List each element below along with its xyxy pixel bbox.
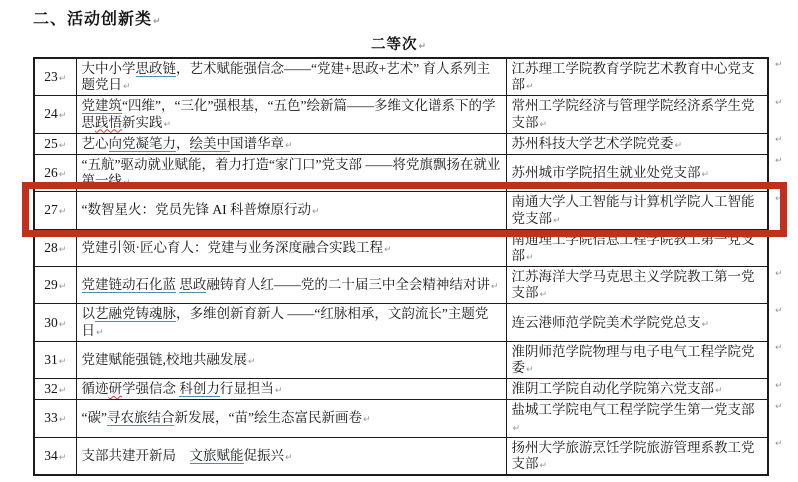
- section-title-text: 二、活动创新类: [33, 11, 152, 28]
- return-mark-icon: ↵: [418, 42, 427, 52]
- project-title-segment: 支部共建开新局: [82, 448, 190, 463]
- project-title-segment: 科创力: [179, 381, 220, 397]
- entry-number-cell: 34↵: [34, 437, 76, 475]
- project-title-segment: 艺心: [82, 136, 109, 151]
- row-end-mark-icon: ↵: [775, 269, 783, 279]
- organization-name: 江苏理工学院教育学院艺术教育中心党支部: [512, 61, 755, 92]
- project-title-segment: 党建引领·匠心育人：党建与业务深度融合实践工程: [82, 240, 384, 255]
- organization-cell: 南通大学人工智能与计算机学院人工智能党支部↵: [506, 192, 768, 229]
- award-table: 23↵大中小学思政链，艺术赋能强信念——“党建+思政+艺术” 育人系列主题党日↵…: [33, 57, 769, 476]
- entry-number: 24: [44, 106, 58, 121]
- organization-cell: 淮阴工学院自动化学院第六党支部↵: [506, 379, 768, 400]
- project-title-segment: 文旅赋能: [190, 448, 244, 464]
- table-row: 29↵党建链动石化蓝 思政融铸育人红——党的二十届三中全会精神结对讲↵江苏海洋大…: [34, 267, 768, 304]
- project-title-segment: 党建筑: [82, 98, 123, 114]
- project-title-cell: 党建引领·匠心育人：党建与业务深度融合实践工程↵: [76, 229, 506, 266]
- return-mark-icon: ↵: [59, 320, 67, 330]
- table-row: 28↵党建引领·匠心育人：党建与业务深度融合实践工程↵南通理工学院信息工程学院教…: [34, 229, 768, 266]
- organization-name: 扬州大学旅游烹饪学院旅游管理系教工党支部: [512, 440, 755, 471]
- project-title-segment: “数智星火：党员先锋 AI 科普燎原行动: [82, 202, 312, 217]
- project-title-segment: 践悟: [95, 115, 122, 130]
- return-mark-icon: ↵: [526, 253, 534, 263]
- entry-number: 26: [44, 165, 58, 180]
- project-title-segment: 绘美中: [190, 136, 231, 152]
- table-row: 27↵“数智星火：党员先锋 AI 科普燎原行动↵南通大学人工智能与计算机学院人工…: [34, 192, 768, 229]
- entry-number-cell: 26↵: [34, 154, 76, 191]
- entry-number: 28: [44, 240, 58, 255]
- project-title-segment: 循迹: [82, 381, 109, 396]
- entry-number-cell: 24↵: [34, 96, 76, 133]
- project-title-segment: 党建链动石化蓝: [82, 277, 177, 293]
- row-end-mark-icon: ↵: [775, 439, 783, 449]
- organization-name: 南通理工学院信息工程学院教工第一党支部: [512, 232, 755, 263]
- return-mark-icon: ↵: [59, 282, 67, 292]
- project-title-cell: 党建筑“四维”，“三化”强根基，“五色”绘新篇——多维文化谱系下的学思践悟新实践…: [76, 96, 506, 133]
- table-row: 31↵党建赋能强链,校地共融发展↵淮阴师范学院物理与电子电气工程学院党委↵: [34, 341, 768, 378]
- organization-name: 淮阴师范学院物理与电子电气工程学院党委: [512, 344, 755, 375]
- entry-number: 31: [44, 352, 58, 367]
- return-mark-icon: ↵: [702, 170, 710, 180]
- document-page: 二、活动创新类↵ 二等次↵ 23↵大中小学思政链，艺术赋能强信念——“党建+思政…: [0, 0, 798, 482]
- project-title-segment: 学强信念: [122, 381, 179, 396]
- entry-number: 32: [44, 381, 58, 396]
- project-title-segment: ，: [176, 136, 190, 151]
- entry-number-cell: 32↵: [34, 379, 76, 400]
- table-row: 25↵艺心向党凝笔力，绘美中国谱华章↵苏州科技大学艺术学院党委↵: [34, 133, 768, 154]
- entry-number-cell: 23↵: [34, 58, 76, 96]
- organization-cell: 苏州科技大学艺术学院党委↵: [506, 133, 768, 154]
- entry-number-cell: 25↵: [34, 133, 76, 154]
- project-title-cell: 循迹研学强信念 科创力行显担当↵: [76, 379, 506, 400]
- organization-cell: 江苏海洋大学马克思主义学院教工第一党支部↵: [506, 267, 768, 304]
- organization-cell: 江苏理工学院教育学院艺术教育中心党支部↵: [506, 58, 768, 96]
- organization-name: 盐城工学院电气工程学院学生第一党支部: [512, 402, 755, 417]
- entry-number: 34: [44, 448, 58, 463]
- return-mark-icon: ↵: [715, 386, 723, 396]
- table-row: 24↵党建筑“四维”，“三化”强根基，“五色”绘新篇——多维文化谱系下的学思践悟…: [34, 96, 768, 133]
- return-mark-icon: ↵: [526, 82, 534, 92]
- project-title-cell: 大中小学思政链，艺术赋能强信念——“党建+思政+艺术” 育人系列主题党日↵: [76, 58, 506, 96]
- return-mark-icon: ↵: [702, 320, 710, 330]
- entry-number-cell: 31↵: [34, 341, 76, 378]
- entry-number: 29: [44, 277, 58, 292]
- project-title-cell: 艺心向党凝笔力，绘美中国谱华章↵: [76, 133, 506, 154]
- project-title-segment: 思政: [179, 277, 206, 293]
- project-title-segment: 寻农旅结合: [107, 410, 175, 426]
- organization-cell: 淮阴师范学院物理与电子电气工程学院党委↵: [506, 341, 768, 378]
- row-end-mark-icon: ↵: [775, 231, 783, 241]
- return-mark-icon: ↵: [59, 141, 67, 151]
- table-row: 30↵以艺融党铸魂脉，多维创新育新人 ——“红脉相承，文韵流长”主题党日↵连云港…: [34, 304, 768, 341]
- entry-number: 30: [44, 315, 58, 330]
- project-title-cell: 党建赋能强链,校地共融发展↵: [76, 341, 506, 378]
- return-mark-icon: ↵: [526, 365, 534, 375]
- return-mark-icon: ↵: [553, 216, 561, 226]
- organization-cell: 苏州城市学院招生就业处党支部↵: [506, 154, 768, 191]
- entry-number-cell: 27↵: [34, 192, 76, 229]
- organization-name: 常州工学院经济与管理学院经济系学生党支部: [512, 98, 755, 129]
- project-title-cell: “五航”驱动就业赋能，着力打造“家门口”党支部 ——将党旗飘扬在就业第一线↵: [76, 154, 506, 191]
- return-mark-icon: ↵: [312, 207, 320, 217]
- row-end-mark-icon: ↵: [775, 60, 783, 70]
- entry-number-cell: 33↵: [34, 400, 76, 437]
- project-title-segment: 研: [109, 381, 123, 396]
- organization-cell: 扬州大学旅游烹饪学院旅游管理系教工党支部↵: [506, 437, 768, 475]
- row-end-mark-icon: ↵: [775, 381, 783, 391]
- organization-name: 苏州城市学院招生就业处党支部: [512, 165, 701, 180]
- return-mark-icon: ↵: [59, 453, 67, 463]
- table-row: 33↵“碳”寻农旅结合新发展，“苗”绘生态富民新画卷↵盐城工学院电气工程学院学生…: [34, 400, 768, 437]
- row-end-mark-icon: ↵: [775, 306, 783, 316]
- row-end-mark-icon: ↵: [775, 194, 783, 204]
- organization-name: 江苏海洋大学马克思主义学院教工第一党支部: [512, 269, 755, 300]
- return-mark-icon: ↵: [123, 178, 131, 188]
- return-mark-icon: ↵: [285, 141, 293, 151]
- table-row: 26↵“五航”驱动就业赋能，着力打造“家门口”党支部 ——将党旗飘扬在就业第一线…: [34, 154, 768, 191]
- organization-name: 南通大学人工智能与计算机学院人工智能党支部: [512, 194, 755, 225]
- return-mark-icon: ↵: [248, 357, 256, 367]
- table-row: 23↵大中小学思政链，艺术赋能强信念——“党建+思政+艺术” 育人系列主题党日↵…: [34, 58, 768, 96]
- return-mark-icon: ↵: [285, 453, 293, 463]
- project-title-segment: 以: [82, 306, 96, 321]
- project-title-segment: 大中小学: [82, 61, 136, 76]
- section-title: 二、活动创新类↵: [33, 6, 162, 29]
- return-mark-icon: ↵: [540, 120, 548, 130]
- return-mark-icon: ↵: [513, 424, 521, 434]
- entry-number-cell: 30↵: [34, 304, 76, 341]
- return-mark-icon: ↵: [59, 415, 67, 425]
- row-end-mark-icon: ↵: [775, 402, 783, 412]
- project-title-segment: 新实践: [122, 115, 163, 130]
- organization-cell: 盐城工学院电气工程学院学生第一党支部↵: [506, 400, 768, 437]
- project-title-segment: 思政链: [136, 61, 177, 77]
- organization-cell: 常州工学院经济与管理学院经济系学生党支部↵: [506, 96, 768, 133]
- return-mark-icon: ↵: [96, 328, 104, 338]
- return-mark-icon: ↵: [59, 357, 67, 367]
- entry-number-cell: 28↵: [34, 229, 76, 266]
- return-mark-icon: ↵: [153, 17, 162, 27]
- return-mark-icon: ↵: [59, 207, 67, 217]
- project-title-cell: 以艺融党铸魂脉，多维创新育新人 ——“红脉相承，文韵流长”主题党日↵: [76, 304, 506, 341]
- project-title-segment: 行显担当: [220, 381, 274, 396]
- return-mark-icon: ↵: [540, 290, 548, 300]
- organization-cell: 南通理工学院信息工程学院教工第一党支部↵: [506, 229, 768, 266]
- entry-number: 25: [44, 136, 58, 151]
- return-mark-icon: ↵: [123, 82, 131, 92]
- project-title-segment: 党建赋能强链,校地共融发展: [82, 352, 247, 367]
- project-title-segment: 艺融党铸魂脉: [95, 306, 176, 322]
- project-title-cell: “数智星火：党员先锋 AI 科普燎原行动↵: [76, 192, 506, 229]
- organization-name: 苏州科技大学艺术学院党委: [512, 136, 674, 151]
- organization-name: 连云港师范学院美术学院党总支: [512, 315, 701, 330]
- table-row: 32↵循迹研学强信念 科创力行显担当↵淮阴工学院自动化学院第六党支部↵: [34, 379, 768, 400]
- project-title-segment: 融铸育人红——党的二十届三中全会精神结对讲: [206, 277, 490, 292]
- return-mark-icon: ↵: [59, 111, 67, 121]
- project-title-cell: 支部共建开新局 文旅赋能促振兴↵: [76, 437, 506, 475]
- return-mark-icon: ↵: [59, 245, 67, 255]
- return-mark-icon: ↵: [59, 170, 67, 180]
- award-tier-text: 二等次: [371, 37, 418, 53]
- project-title-segment: 向党凝笔力: [109, 136, 177, 152]
- project-title-segment: 国谱华章: [230, 136, 284, 151]
- return-mark-icon: ↵: [384, 245, 392, 255]
- return-mark-icon: ↵: [675, 141, 683, 151]
- project-title-segment: “五航”驱动就业赋能，着力打造“家门口”党支部 ——将党旗飘扬在就业第一线: [82, 157, 501, 188]
- row-end-mark-icon: ↵: [775, 156, 783, 166]
- row-end-mark-icon: ↵: [775, 343, 783, 353]
- entry-number: 27: [44, 202, 58, 217]
- table-row: 34↵支部共建开新局 文旅赋能促振兴↵扬州大学旅游烹饪学院旅游管理系教工党支部↵: [34, 437, 768, 475]
- return-mark-icon: ↵: [164, 120, 172, 130]
- return-mark-icon: ↵: [540, 461, 548, 471]
- row-end-mark-icon: ↵: [775, 135, 783, 145]
- project-title-segment: 促振兴: [244, 448, 285, 463]
- award-tier-heading: 二等次↵: [0, 33, 798, 54]
- project-title-cell: 党建链动石化蓝 思政融铸育人红——党的二十届三中全会精神结对讲↵: [76, 267, 506, 304]
- return-mark-icon: ↵: [363, 415, 371, 425]
- entry-number: 33: [44, 410, 58, 425]
- return-mark-icon: ↵: [59, 386, 67, 396]
- entry-number-cell: 29↵: [34, 267, 76, 304]
- organization-name: 淮阴工学院自动化学院第六党支部: [512, 381, 715, 396]
- organization-cell: 连云港师范学院美术学院党总支↵: [506, 304, 768, 341]
- return-mark-icon: ↵: [59, 74, 67, 84]
- project-title-segment: “碳”: [82, 410, 107, 425]
- row-end-mark-icon: ↵: [775, 98, 783, 108]
- return-mark-icon: ↵: [491, 282, 499, 292]
- entry-number: 23: [44, 69, 58, 84]
- project-title-segment: 新发展，“苗”绘生态富民新画卷: [174, 410, 361, 425]
- project-title-cell: “碳”寻农旅结合新发展，“苗”绘生态富民新画卷↵: [76, 400, 506, 437]
- return-mark-icon: ↵: [275, 386, 283, 396]
